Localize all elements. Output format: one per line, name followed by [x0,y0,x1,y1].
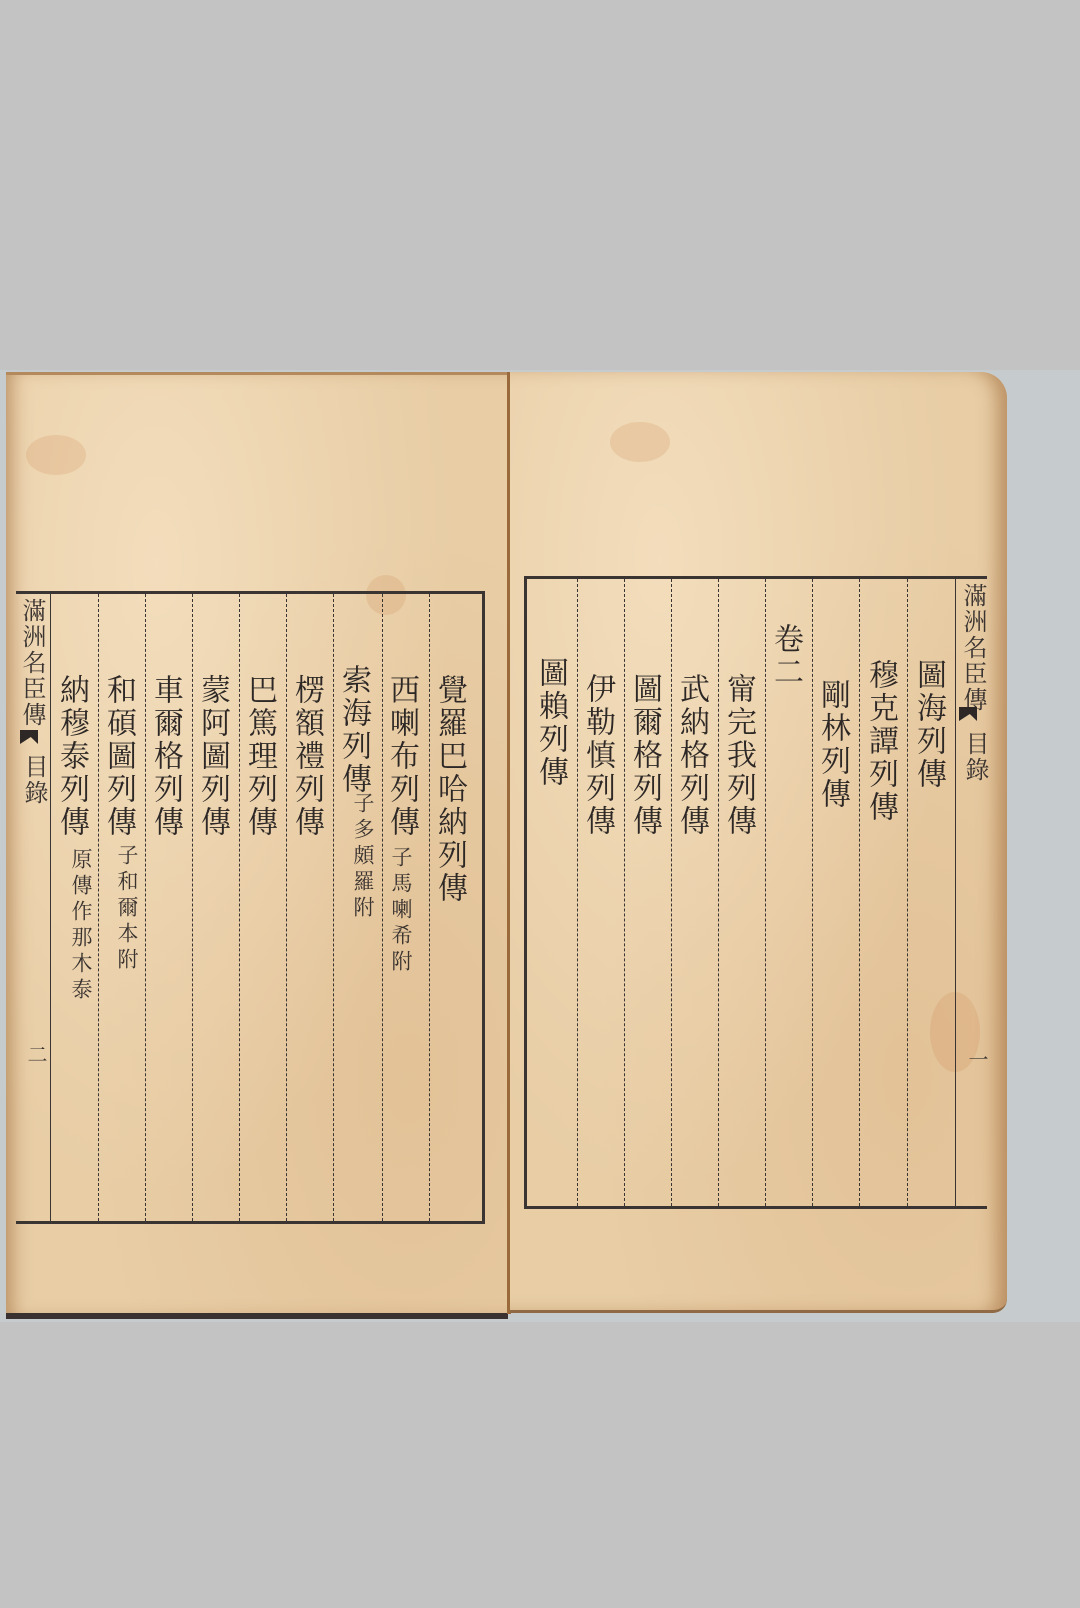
column-rule [718,579,719,1206]
toc-entry-note: 原傳作那木泰 [70,848,91,1004]
fishtail-mark-icon [20,730,38,744]
left-page-frame: 滿洲名臣傳 目錄 二 覺羅巴哈納列傳 西喇布列傳 子馬喇希附 索海列傳 子多頗羅… [16,591,485,1224]
column-rule [671,579,672,1206]
column-rule [382,594,383,1221]
column-rule [577,579,578,1206]
toc-entry: 圖賴列傳 [535,657,565,789]
right-page-frame: 圖海列傳 穆克譚列傳 剛林列傳 卷二 甯完我列傳 武納格列傳 圖爾格列傳 伊勒慎… [524,576,987,1209]
column-rule [907,579,908,1206]
section-title-margin: 目錄 [963,731,987,783]
toc-entry: 甯完我列傳 [723,673,753,838]
toc-entry: 蒙阿圖列傳 [197,674,227,839]
fishtail-mark-icon [959,707,977,721]
column-rule [812,579,813,1206]
book-title-margin: 滿洲名臣傳 [20,598,44,728]
toc-entry: 納穆泰列傳 [56,674,86,839]
column-rule [333,594,334,1221]
toc-entry-note: 子和爾本附 [116,844,137,974]
page-number: 二 [26,1044,46,1066]
column-rule [145,594,146,1221]
toc-entry: 巴篤理列傳 [244,674,274,839]
toc-entry: 剛林列傳 [817,679,847,811]
column-rule [624,579,625,1206]
column-rule [98,594,99,1221]
column-rule [429,594,430,1221]
column-rule [859,579,860,1206]
book-title-margin: 滿洲名臣傳 [961,583,985,713]
toc-entry: 穆克譚列傳 [865,659,895,824]
paper-stain [26,435,86,475]
column-rule [955,579,956,1206]
toc-entry-note: 子多頗羅附 [352,792,373,922]
paper-stain [610,422,670,462]
volume-heading: 卷二 [770,623,800,689]
toc-entry: 楞額禮列傳 [291,674,321,839]
toc-entry: 武納格列傳 [676,673,706,838]
section-title-margin: 目錄 [22,754,46,806]
column-rule [50,594,51,1221]
toc-entry: 圖爾格列傳 [629,673,659,838]
page-number: 一 [967,1049,987,1071]
toc-entry: 索海列傳 [338,664,368,796]
right-page: 圖海列傳 穆克譚列傳 剛林列傳 卷二 甯完我列傳 武納格列傳 圖爾格列傳 伊勒慎… [510,372,1007,1313]
toc-entry: 西喇布列傳 [386,674,416,839]
column-rule [239,594,240,1221]
toc-entry: 伊勒慎列傳 [582,673,612,838]
column-rule [286,594,287,1221]
toc-entry: 車爾格列傳 [150,674,180,839]
toc-entry-note: 子馬喇希附 [390,846,411,976]
toc-entry: 和碩圖列傳 [103,674,133,839]
column-rule [765,579,766,1206]
toc-entry: 圖海列傳 [913,659,943,791]
column-rule [192,594,193,1221]
toc-entry: 覺羅巴哈納列傳 [434,674,464,905]
left-page: 滿洲名臣傳 目錄 二 覺羅巴哈納列傳 西喇布列傳 子馬喇希附 索海列傳 子多頗羅… [6,372,508,1319]
